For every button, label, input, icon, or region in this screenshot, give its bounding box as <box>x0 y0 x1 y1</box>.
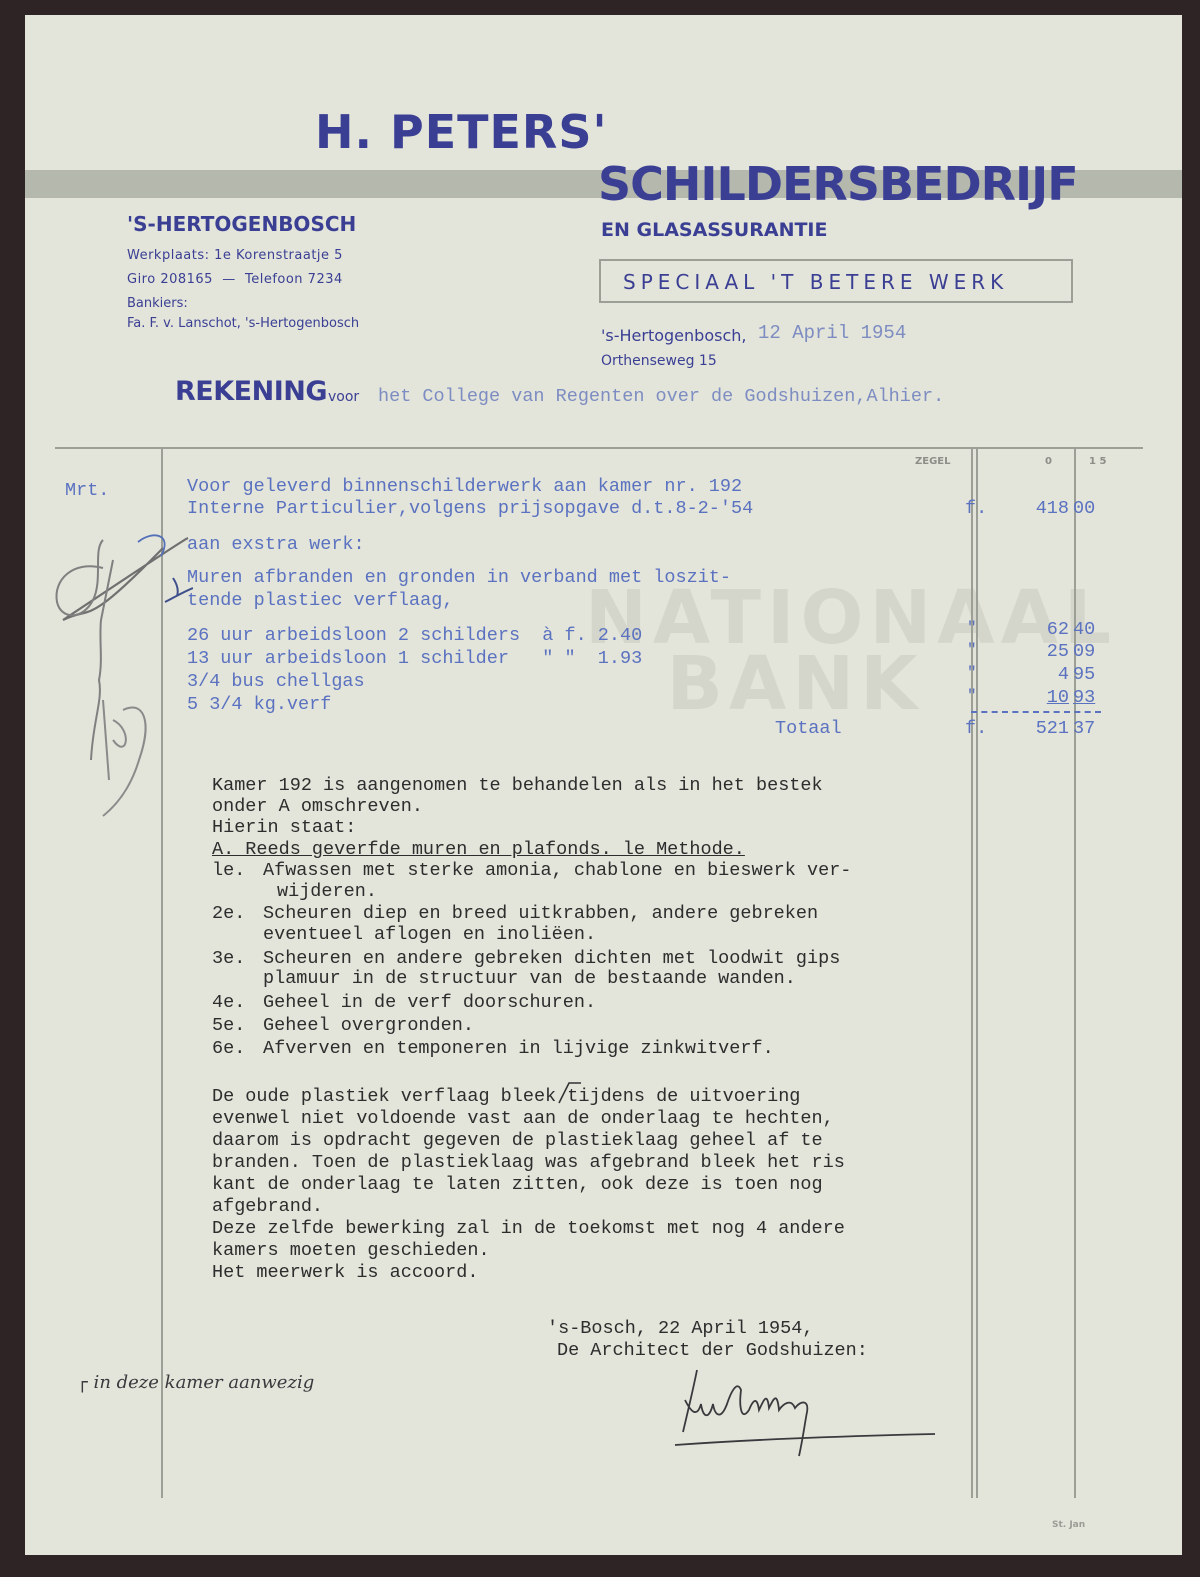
amount-guilders: 62 <box>1013 619 1069 640</box>
paragraph-line: evenwel niet voldoende vast aan de onder… <box>212 1108 834 1129</box>
amount-ditto: " <box>967 664 977 682</box>
invoice-title: REKENING <box>175 376 327 407</box>
step-continuation: wijderen. <box>277 881 377 902</box>
signature-title: De Architect der Godshuizen: <box>557 1340 868 1361</box>
amount-guilders: 25 <box>1013 641 1069 662</box>
invoice-line: 13 uur arbeidsloon 1 schilder " " 1.93 <box>187 648 642 669</box>
total-currency: f. <box>965 718 987 739</box>
step-number: 2e. <box>212 903 245 924</box>
invoice-line: Interne Particulier,volgens prijsopgave … <box>187 498 753 519</box>
paragraph-line: Deze zelfde bewerking zal in de toekomst… <box>212 1218 845 1239</box>
note-line: onder A omschreven. <box>212 796 423 817</box>
amount-cents: 09 <box>1073 641 1095 662</box>
guilders-header: 0 <box>1045 456 1052 467</box>
step-number: 6e. <box>212 1038 245 1059</box>
invoice-line: Voor geleverd binnenschilderwerk aan kam… <box>187 476 742 497</box>
signature-place-date: 's-Bosch, 22 April 1954, <box>547 1318 813 1339</box>
amount-ditto: " <box>967 641 977 659</box>
paragraph-line: afgebrand. <box>212 1196 323 1217</box>
amount-guilders: 4 <box>1013 664 1069 685</box>
watermark: NATIONAAL BANK <box>585 585 1005 717</box>
office-address: Orthenseweg 15 <box>601 353 717 369</box>
paragraph-line: De oude plastiek verflaag bleek tijdens … <box>212 1086 800 1107</box>
cents-column-rule <box>1074 448 1076 1498</box>
company-name: H. PETERS' <box>315 105 608 159</box>
step-number: 4e. <box>212 992 245 1013</box>
slogan: SPECIAAL 'T BETERE WERK <box>623 270 1008 294</box>
amount-cents: 00 <box>1073 498 1095 519</box>
invoice-line: 3/4 bus chellgas <box>187 671 365 692</box>
cents-header: 1 5 <box>1089 456 1106 467</box>
amount-column-rule-b <box>976 448 978 1498</box>
paragraph-line: Het meerwerk is accoord. <box>212 1262 478 1283</box>
business-title: SCHILDERSBEDRIJF <box>598 157 1078 211</box>
amount-guilders: 418 <box>1013 498 1069 519</box>
invoice-for-label: voor <box>328 389 359 405</box>
amount-ditto: " <box>967 687 977 705</box>
architect-signature <box>645 1360 945 1460</box>
step-number: le. <box>212 860 245 881</box>
note-heading-underlined: A. Reeds geverfde muren en plafonds. le … <box>212 839 745 860</box>
place-printed: 's-Hertogenbosch, <box>601 326 746 345</box>
step-text: Geheel overgronden. <box>263 1015 474 1036</box>
workshop-address: Werkplaats: 1e Korenstraatje 5 <box>127 248 343 263</box>
invoice-line: tende plastiec verflaag, <box>187 590 453 611</box>
step-number: 5e. <box>212 1015 245 1036</box>
table-top-rule <box>55 447 1143 449</box>
business-subtitle: EN GLASASSURANTIE <box>601 219 827 241</box>
amount-cents: 40 <box>1073 619 1095 640</box>
invoice-line: Muren afbranden en gronden in verband me… <box>187 567 731 588</box>
step-continuation: eventueel aflogen en inoliëen. <box>263 924 596 945</box>
invoice-line: 26 uur arbeidsloon 2 schilders à f. 2.40 <box>187 625 642 646</box>
step-text: Afverven en temponeren in lijvige zinkwi… <box>263 1038 774 1059</box>
date-column-month: Mrt. <box>65 480 109 501</box>
amount-column-rule-a <box>971 448 973 1498</box>
paragraph-line: daarom is opdracht gegeven de plastiekla… <box>212 1130 823 1151</box>
paragraph-line: kamers moeten geschieden. <box>212 1240 490 1261</box>
step-text: Geheel in de verf doorschuren. <box>263 992 596 1013</box>
zegel-header: ZEGEL <box>915 456 951 467</box>
amount-currency: f. <box>965 498 987 519</box>
amount-ditto: " <box>967 619 977 637</box>
invoice-paper: NATIONAAL BANK H. PETERS' SCHILDERSBEDRI… <box>25 15 1182 1555</box>
invoice-line: aan exstra werk: <box>187 534 365 555</box>
step-text: Scheuren en andere gebreken dichten met … <box>263 948 840 969</box>
invoice-line: 5 3/4 kg.verf <box>187 694 331 715</box>
step-text: Scheuren diep en breed uitkrabben, ander… <box>263 903 818 924</box>
subtotal-dashed-rule <box>971 711 1101 713</box>
giro-phone: Giro 208165 — Telefoon 7234 <box>127 272 343 287</box>
bankers: Fa. F. v. Lanschot, 's-Hertogenbosch <box>127 316 359 331</box>
amount-guilders: 10 <box>1013 687 1069 708</box>
insertion-mark <box>555 1077 585 1107</box>
note-line: Hierin staat: <box>212 817 356 838</box>
total-guilders: 521 <box>1013 718 1069 739</box>
city: 'S-HERTOGENBOSCH <box>127 212 356 236</box>
paragraph-line: kant de onderlaag te laten zitten, ook d… <box>212 1174 823 1195</box>
handwritten-footnote: ┌ in deze kamer aanwezig <box>77 1372 314 1393</box>
printer-mark: St. Jan <box>1052 1520 1085 1530</box>
invoice-recipient: het College van Regenten over de Godshui… <box>378 386 944 407</box>
bankers-label: Bankiers: <box>127 296 188 311</box>
total-cents: 37 <box>1073 718 1095 739</box>
amount-cents: 93 <box>1073 687 1095 708</box>
note-line: Kamer 192 is aangenomen te behandelen al… <box>212 775 823 796</box>
step-number: 3e. <box>212 948 245 969</box>
step-text: Afwassen met sterke amonia, chablone en … <box>263 860 851 881</box>
margin-initials <box>43 520 193 820</box>
amount-cents: 95 <box>1073 664 1095 685</box>
letter-date: 12 April 1954 <box>758 322 906 344</box>
paragraph-line: branden. Toen de plastieklaag was afgebr… <box>212 1152 845 1173</box>
step-continuation: plamuur in de structuur van de bestaande… <box>263 968 796 989</box>
total-label: Totaal <box>775 718 842 739</box>
